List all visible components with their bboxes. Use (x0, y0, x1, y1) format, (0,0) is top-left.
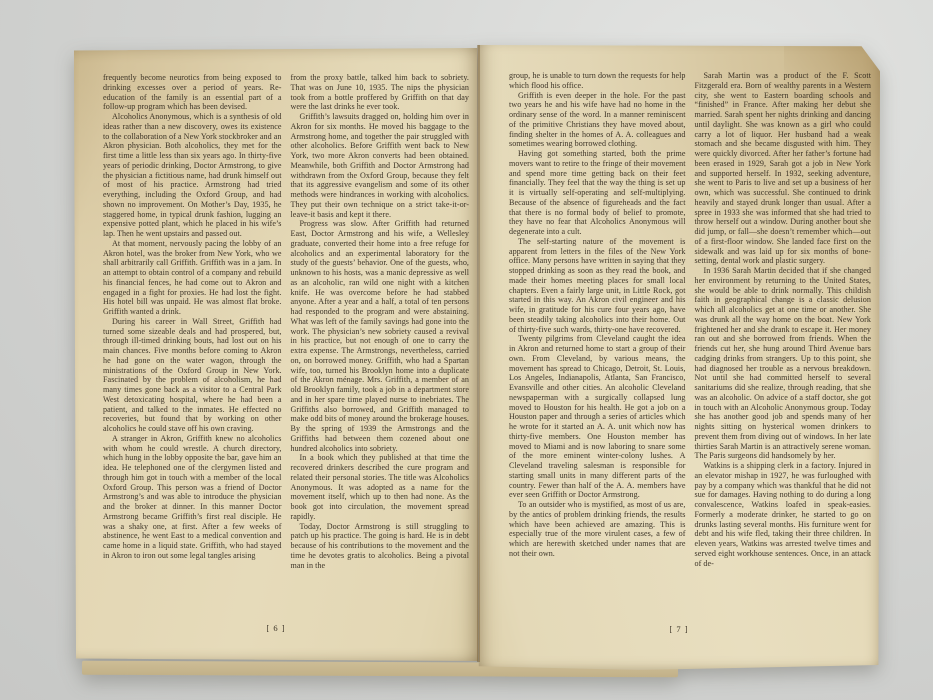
paragraph: Griffith is even deeper in the hole. For… (509, 91, 686, 150)
paragraph: To an outsider who is mystified, as most… (509, 500, 686, 559)
paragraph: group, he is unable to turn down the req… (509, 71, 686, 91)
paragraph: At that moment, nervously pacing the lob… (103, 239, 282, 317)
text-column: Sarah Martin was a product of the F. Sco… (695, 71, 872, 568)
photo-background: frequently become neurotics from being e… (0, 0, 933, 700)
paragraph: A stranger in Akron, Griffith knew no al… (103, 434, 282, 561)
paragraph: Progress was slow. After Griffith had re… (291, 219, 470, 453)
paragraph: Griffith’s lawsuits dragged on, holding … (291, 112, 470, 219)
paragraph: frequently become neurotics from being e… (103, 73, 282, 112)
text-column: from the proxy battle, talked him back t… (291, 73, 470, 570)
left-page: frequently become neurotics from being e… (74, 48, 478, 661)
text-column: group, he is unable to turn down the req… (509, 71, 686, 568)
paragraph: Sarah Martin was a product of the F. Sco… (695, 71, 872, 266)
paragraph: Watkins is a shipping clerk in a factory… (695, 461, 872, 568)
paragraph: Twenty pilgrims from Cleveland caught th… (509, 334, 686, 500)
book-spread: frequently become neurotics from being e… (74, 45, 880, 670)
paragraph: from the proxy battle, talked him back t… (291, 73, 470, 112)
right-page-text-block: group, he is unable to turn down the req… (509, 71, 871, 568)
gutter-fold (477, 45, 480, 662)
paragraph: The self-starting nature of the movement… (509, 237, 686, 335)
paragraph: In 1936 Sarah Martin decided that if she… (695, 266, 872, 461)
paragraph: During his career in Wall Street, Griffi… (103, 317, 282, 434)
paragraph: Having got something started, both the p… (509, 149, 686, 237)
page-number: [ 6 ] (74, 623, 478, 633)
right-page: group, he is unable to turn down the req… (478, 45, 880, 670)
paragraph: Alcoholics Anonymous, which is a synthes… (103, 112, 282, 239)
page-number: [ 7 ] (478, 624, 880, 634)
paragraph: Today, Doctor Armstrong is still struggl… (291, 522, 470, 571)
paragraph: In a book which they published at that t… (291, 453, 470, 521)
left-page-text-block: frequently become neurotics from being e… (103, 73, 469, 570)
text-column: frequently become neurotics from being e… (103, 73, 282, 570)
